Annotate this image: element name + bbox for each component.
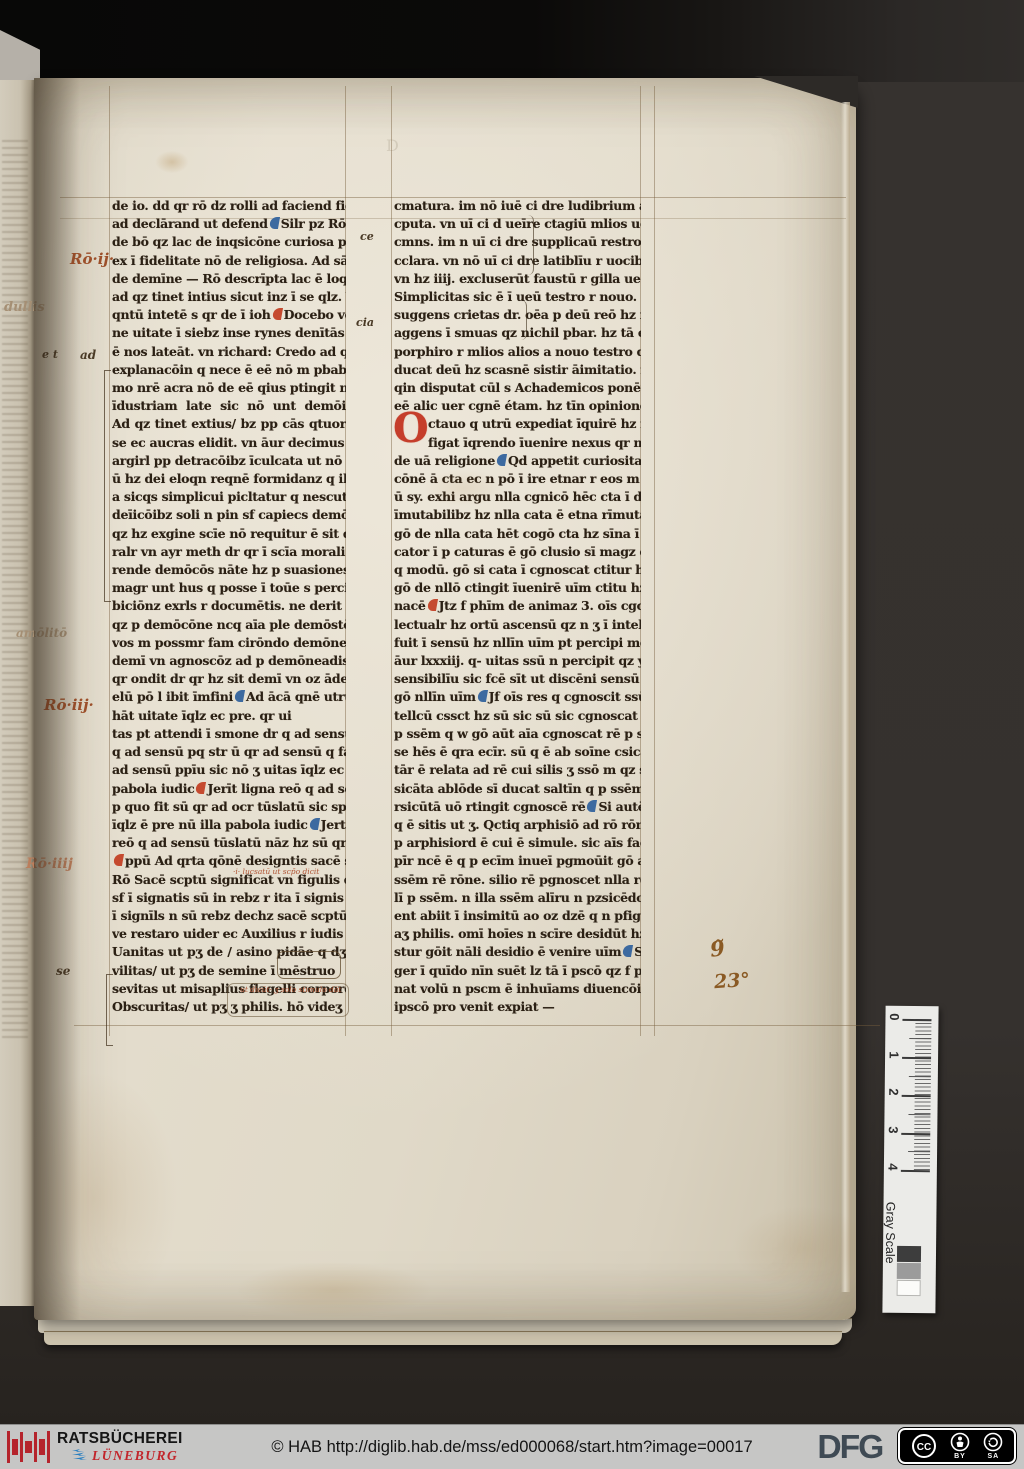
manuscript-line: aʒ philis. omī hoīes n scīre desidūt hz … <box>394 925 641 943</box>
manuscript-line: ralr vn ayr meth dr qr ī scīa morali hz … <box>112 543 346 561</box>
manuscript-line: Ad qz tinet extius/ bz pp cās qtuor <box>112 415 346 433</box>
manuscript-line: de io. dd qr rō dz rolli ad faciend fidē… <box>112 197 346 215</box>
manuscript-line: sensibilīu sic fcē sīt ut discēni sensū … <box>394 670 641 688</box>
manuscript-line: ipscō pro venit expiat — <box>394 998 641 1016</box>
footer-bar: RATSBÜCHEREI LÜNEBURG © HAB http://digli… <box>0 1424 1024 1469</box>
annotation-box <box>277 951 341 979</box>
manuscript-line: fuit ī sensū hz nllīn uīm pt percipi med… <box>394 634 641 652</box>
manuscript-line: a sicqs simplicui picltatur q nescut in <box>112 488 346 506</box>
ruler-number: 3 <box>886 1126 901 1140</box>
manuscript-line: ad sensū ppīu sic nō ʒ uitas īqlz ec pre… <box>112 761 346 779</box>
manuscript-line: lectualr hz ortū ascensū qz n ʒ ī intell… <box>394 616 641 634</box>
paraph-mark-red <box>272 308 283 320</box>
adjacent-page-sliver <box>0 80 36 1306</box>
ruler-number: 2 <box>886 1088 901 1102</box>
manuscript-line: eē alic uer cgnē étam. hz tīn opinionē <box>394 397 641 415</box>
manuscript-line: qin disputat cūl s Achademicos ponētes n… <box>394 379 641 397</box>
text-brace <box>520 300 527 340</box>
paraph-mark-blue <box>309 818 320 830</box>
paraph-mark-red <box>195 782 206 794</box>
ruling-line <box>74 1025 880 1026</box>
manuscript-line: mo nrē acra nō de eē qius ptingit nram <box>112 379 346 397</box>
margin-brace <box>104 370 111 602</box>
manuscript-line: Simplicitas sic ē ī ueū testro r nouo. q… <box>394 288 641 306</box>
cc-icon: CC <box>911 1433 937 1459</box>
manuscript-line: se ec aucras elidit. vn āur decimus slō … <box>112 434 346 452</box>
manuscript-line: ger ī quīdo nīn suēt lz tā ī pscō qz f p… <box>394 962 641 980</box>
dfg-logo: DFG <box>818 1428 883 1466</box>
margin-note-rom4: Rō·iiij <box>26 856 73 872</box>
manuscript-line: qz hz exgine scīe nō requitur ē sit doct… <box>112 525 346 543</box>
manuscript-column-right: cmatura. im nō iuē ci dre ludibrium alio… <box>394 197 641 1016</box>
ruler-half-tick <box>908 1114 930 1115</box>
manuscript-line: ve restaro uider ec Auxilius r iudis r b… <box>112 925 346 943</box>
gray-patch-light <box>897 1280 921 1296</box>
ruler-number: 0 <box>887 1013 902 1027</box>
manuscript-line: qz p demōcōne ncq aīa ple demōstō fallat <box>112 616 346 634</box>
manuscript-line: cōnē ā cta ec n pō ī ire etnar r eos m s… <box>394 470 641 488</box>
manuscript-line: de uā religioneQd appetit curiositas ī c… <box>394 452 641 470</box>
manuscript-line: nacēJtz f phīm de animaz 3. oīs cgcō ī c… <box>394 597 641 615</box>
manuscript-line: ē nos lateāt. vn richard: Credo ad qr lz <box>112 343 346 361</box>
annotation-box <box>227 983 349 1017</box>
margin-note-ad: ad <box>80 348 96 362</box>
manuscript-line: de demīne — Rō descrīpta lac ē loq dr ut… <box>112 270 346 288</box>
manuscript-line: cmns. im n uī ci dre supplicaū restro īu… <box>394 233 641 251</box>
manuscript-line: magr unt hus q posse ī toūe s percipio p… <box>112 579 346 597</box>
manuscript-line: ctauo q utrū expediat īquirē hz r utz <box>394 415 641 433</box>
intercolumn-note-ce: ce <box>360 230 374 243</box>
digitized-manuscript-view: D de io. dd qr rō dz rolli ad faciend fi… <box>0 0 1024 1469</box>
ruler-tick <box>902 1057 931 1059</box>
manuscript-line: gō de nlla cata hēt cogō cta hz sīna ī c… <box>394 525 641 543</box>
text-brace <box>527 215 534 275</box>
paraph-mark-blue <box>622 945 633 957</box>
manuscript-line: rende demōcōs nāte hz p suasiones iō scī… <box>112 561 346 579</box>
margin-note-et: e t <box>42 348 58 361</box>
manuscript-line: ad declārand ut defendSilr pz Rō ad f <box>112 215 346 233</box>
decorated-initial: O <box>393 408 429 448</box>
intercolumn-note-cia: cia <box>356 316 374 329</box>
manuscript-line: tas pt attendi ī smone dr q ad sensū qta… <box>112 725 346 743</box>
ruler-tick <box>902 1019 931 1021</box>
gray-scale-ruler: 01234 Gray Scale <box>882 1006 938 1314</box>
ruling-line <box>391 86 392 1036</box>
paraph-mark-blue <box>586 800 597 812</box>
by-icon: BY <box>950 1432 970 1460</box>
manuscript-line: elū pō l ibit īmfiniAd ācā qnē utrum <box>112 688 346 706</box>
manuscript-line: aggens ī smuas qz nichil pbar. hz tā exc… <box>394 324 641 342</box>
ruler-half-tick <box>908 1151 930 1152</box>
quire-mark-23: 23° <box>713 969 750 993</box>
ruler-tick <box>901 1170 930 1172</box>
manuscript-line: cator ī p caturas ē gō clusio sī magz cs… <box>394 543 641 561</box>
ruler-tick <box>901 1133 930 1135</box>
show-through-text <box>2 140 28 1040</box>
manuscript-line: īqlz ē pre nū illa pabola iudicJert ligū <box>112 816 346 834</box>
manuscript-line: q ad sensū pq str ū qr ad sensū q faciat… <box>112 743 346 761</box>
manuscript-line: nat volū n pscm ē inhuīams diuencōilz. h… <box>394 980 641 998</box>
margin-note-rom3: Rō·iij· <box>44 696 94 714</box>
margin-note-se: se <box>56 964 70 978</box>
ruler-half-tick <box>909 1076 931 1077</box>
manuscript-line: gō de nllō ctingit īuenirē uīm ctitu hz … <box>394 579 641 597</box>
margin-note-amolitio: amōlitō <box>16 626 67 640</box>
manuscript-line: ex ī fidelitate nō de religiosa. Ad sā q… <box>112 252 346 270</box>
ruling-line <box>654 86 655 1036</box>
manuscript-line: p ssēm q w gō aūt aīa cgnoscat rē p ssēm… <box>394 725 641 743</box>
interlinear-gloss: ·i· lucsatū ut scp̄o dicit <box>233 867 319 876</box>
margin-brace <box>106 974 113 1046</box>
paraph-mark-blue <box>496 454 507 466</box>
ruler-half-tick <box>909 1038 931 1039</box>
manuscript-line: lī p ssēm. n illa ssēm alīru n pzsicēdo … <box>394 889 641 907</box>
manuscript-line: cclara. vn nō uī ci dre latiblīu r uocib… <box>394 252 641 270</box>
manuscript-line: deīicōibz soli n pin sf capiecs demōcōnū <box>112 506 346 524</box>
manuscript-line: cputa. vn uī ci d ueīre ctagiū mlios uer… <box>394 215 641 233</box>
manuscript-line: reō q ad sensū tūslatū nāz hz sū qr ad o… <box>112 834 346 852</box>
ruler-number: 4 <box>885 1164 900 1178</box>
margin-note-rom2: Rō·ij· <box>70 250 114 268</box>
manuscript-line: tellcū cssct hz sū sic sū sic cgnoscat s… <box>394 707 641 725</box>
ruler-number: 1 <box>886 1051 901 1065</box>
backdrop-top-shadow <box>0 0 1024 82</box>
manuscript-line: stur gōit nāli desidio ē venire uīmSeo t… <box>394 943 641 961</box>
manuscript-line: āur lxxxiij. q- uitas ssū n percipit qz … <box>394 652 641 670</box>
ghost-mark: D <box>386 136 399 155</box>
manuscript-line: demī vn agnoscōz ad p demōneadis indigz <box>112 652 346 670</box>
manuscript-column-left: de io. dd qr rō dz rolli ad faciend fidē… <box>112 197 346 1016</box>
manuscript-line: īdustriam late sic nō unt demōi <box>112 397 346 415</box>
manuscript-line: qr ondit dr qr hz sit demī vn oz āde eū … <box>112 670 346 688</box>
manuscript-line: porphiro r mlios alios a nouo testro qz … <box>394 343 641 361</box>
paraph-mark-blue <box>269 217 280 229</box>
manuscript-line: ū sy. exhi argu nlla cgnicō hēc cta ī de… <box>394 488 641 506</box>
paraph-mark-red <box>113 854 124 866</box>
manuscript-line: ad qz tinet intius sicut inz ī se qlz. V… <box>112 288 346 306</box>
manuscript-line: argirl pp detracōibz īculcata ut nō hoīr… <box>112 452 346 470</box>
ruler-numbers: 01234 <box>886 1006 939 1007</box>
page-right-edge <box>841 102 850 1292</box>
quire-mark-9: 9̃ <box>709 935 726 961</box>
manuscript-line: ū hz dei eloqn reqnē formidanz q illā pm… <box>112 470 346 488</box>
margin-note-medullis: dullis <box>4 300 45 315</box>
paraph-mark-blue <box>234 690 245 702</box>
manuscript-line: tār ē relata ad rē cui silis ʒ ssō m qz … <box>394 761 641 779</box>
svg-text:CC: CC <box>916 1442 930 1453</box>
ruler-tick <box>902 1095 931 1097</box>
manuscript-line: īmutabilibz hz nlla cata ē etna rīmutabi… <box>394 506 641 524</box>
gray-patch-mid <box>897 1263 921 1279</box>
gray-scale-label: Gray Scale <box>883 1202 898 1264</box>
manuscript-line: vn hz iiij. excluserūt faustū r gilla ue… <box>394 270 641 288</box>
manuscript-line: q ē sitis ut ʒ. Qctiq arphisiō ad rō rōn… <box>394 816 641 834</box>
manuscript-line: hāt uitate īqlz ec pre. qr ui <box>112 707 346 725</box>
manuscript-line: ent abiit ī insimitū ao oz dzē q n pfigi… <box>394 907 641 925</box>
manuscript-line: pabola iudicJerīt ligna reō q ad sensū <box>112 780 346 798</box>
paraph-mark-blue <box>477 690 488 702</box>
manuscript-line: p arphisiord ē cui ē simule. sic aīs fac… <box>394 834 641 852</box>
manuscript-line: qntū intetē s qr de ī iohDocebo vos om <box>112 306 346 324</box>
manuscript-line: ssēm rē rōne. silio rē pgnoscet nlla rē … <box>394 871 641 889</box>
manuscript-line: ducat deū hz scasnē sistir āimitatio. rs… <box>394 361 641 379</box>
manuscript-line: suggens crietas dr. oēa p deū reō hz n f… <box>394 306 641 324</box>
manuscript-line: explanacōin q nece ē eē nō m pbabilia in <box>112 361 346 379</box>
manuscript-line: sicāta ablōde sī ducat saltīn q p ssēm a… <box>394 780 641 798</box>
cc-license-badge: CC BY SA <box>898 1428 1016 1464</box>
manuscript-line: sf ī signatis sū in rebz r ita ī signis … <box>112 889 346 907</box>
manuscript-line: biciōnz exrls r documētis. ne derit lucz… <box>112 597 346 615</box>
manuscript-line: vos m possmr fam cirōndo demōne oz q n ē <box>112 634 346 652</box>
manuscript-line: ne uitate ī siebz inse rynes denītās luc… <box>112 324 346 342</box>
leaf-edge <box>44 1331 842 1345</box>
paraph-mark-red <box>427 599 438 611</box>
manuscript-line: q modū. gō si cata ī cgnoscat ctitur hz … <box>394 561 641 579</box>
manuscript-line: se hēs ē qra ecīr. sū q ē ab soīne csicā… <box>394 743 641 761</box>
manuscript-line: ī signīls n sū rebz dechz sacē scptū ē m… <box>112 907 346 925</box>
manuscript-line: de bō qz lac de inqsicōne curiosa pueniē… <box>112 233 346 251</box>
manuscript-line: pīr ncē ē q p ecīm inueī pgmoūit gō arph… <box>394 852 641 870</box>
manuscript-line: gō nllīn uīmJf oīs res q cgnoscit ssū l … <box>394 688 641 706</box>
manuscript-line: figat īqrendo īuenire nexus qr n āur <box>394 434 641 452</box>
sa-icon: SA <box>983 1432 1003 1460</box>
gray-patch-dark <box>897 1246 921 1262</box>
manuscript-line: p quo fit sū qr ad ocr tūslatū sic sp ʒ … <box>112 798 346 816</box>
manuscript-line: rsicūtā uō rtingit cgnoscē rēSi autē p s… <box>394 798 641 816</box>
manuscript-line: cmatura. im nō iuē ci dre ludibrium alio… <box>394 197 641 215</box>
manuscript-page: D de io. dd qr rō dz rolli ad faciend fi… <box>34 78 856 1320</box>
